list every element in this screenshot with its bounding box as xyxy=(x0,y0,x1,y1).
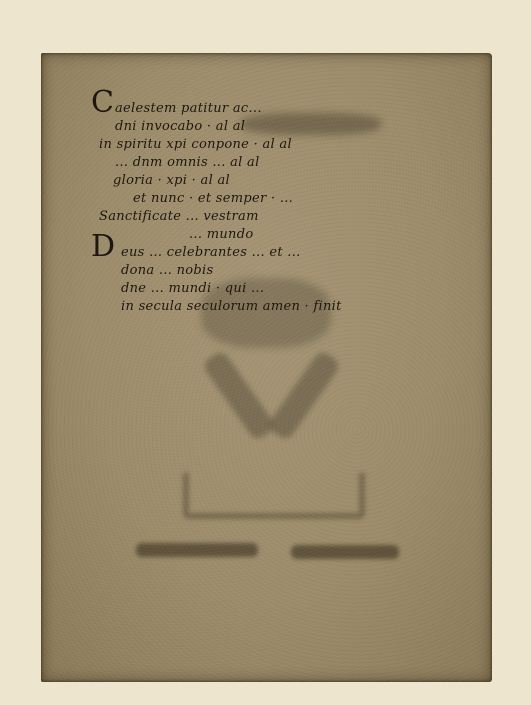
stain-mark xyxy=(136,543,258,557)
text-line: dne ... mundi · qui ... xyxy=(99,280,439,298)
initial-letter: C xyxy=(91,94,114,112)
stain-mark xyxy=(201,349,277,442)
text-line: in secula seculorum amen · finit xyxy=(99,298,439,316)
text-line: ... mundo xyxy=(99,226,439,244)
manuscript-text: Caelestem patitur ac... dni invocabo · a… xyxy=(99,100,439,316)
stain-mark xyxy=(266,349,342,442)
text-line: ... dnm omnis ... al al xyxy=(99,154,439,172)
text-line: Sanctificate ... vestram xyxy=(99,208,439,226)
text-line: Caelestem patitur ac... xyxy=(99,100,439,118)
stain-mark xyxy=(183,473,365,519)
text-line: gloria · xpi · al al xyxy=(99,172,439,190)
text-line: dona ... nobis xyxy=(99,262,439,280)
initial-letter: D xyxy=(91,238,115,256)
text-line: dni invocabo · al al xyxy=(99,118,439,136)
text-line: et nunc · et semper · ... xyxy=(99,190,439,208)
manuscript-page: Caelestem patitur ac... dni invocabo · a… xyxy=(41,53,492,682)
text-line: Deus ... celebrantes ... et ... xyxy=(99,244,439,262)
stain-mark xyxy=(291,545,399,559)
text-line: in spiritu xpi conpone · al al xyxy=(99,136,439,154)
